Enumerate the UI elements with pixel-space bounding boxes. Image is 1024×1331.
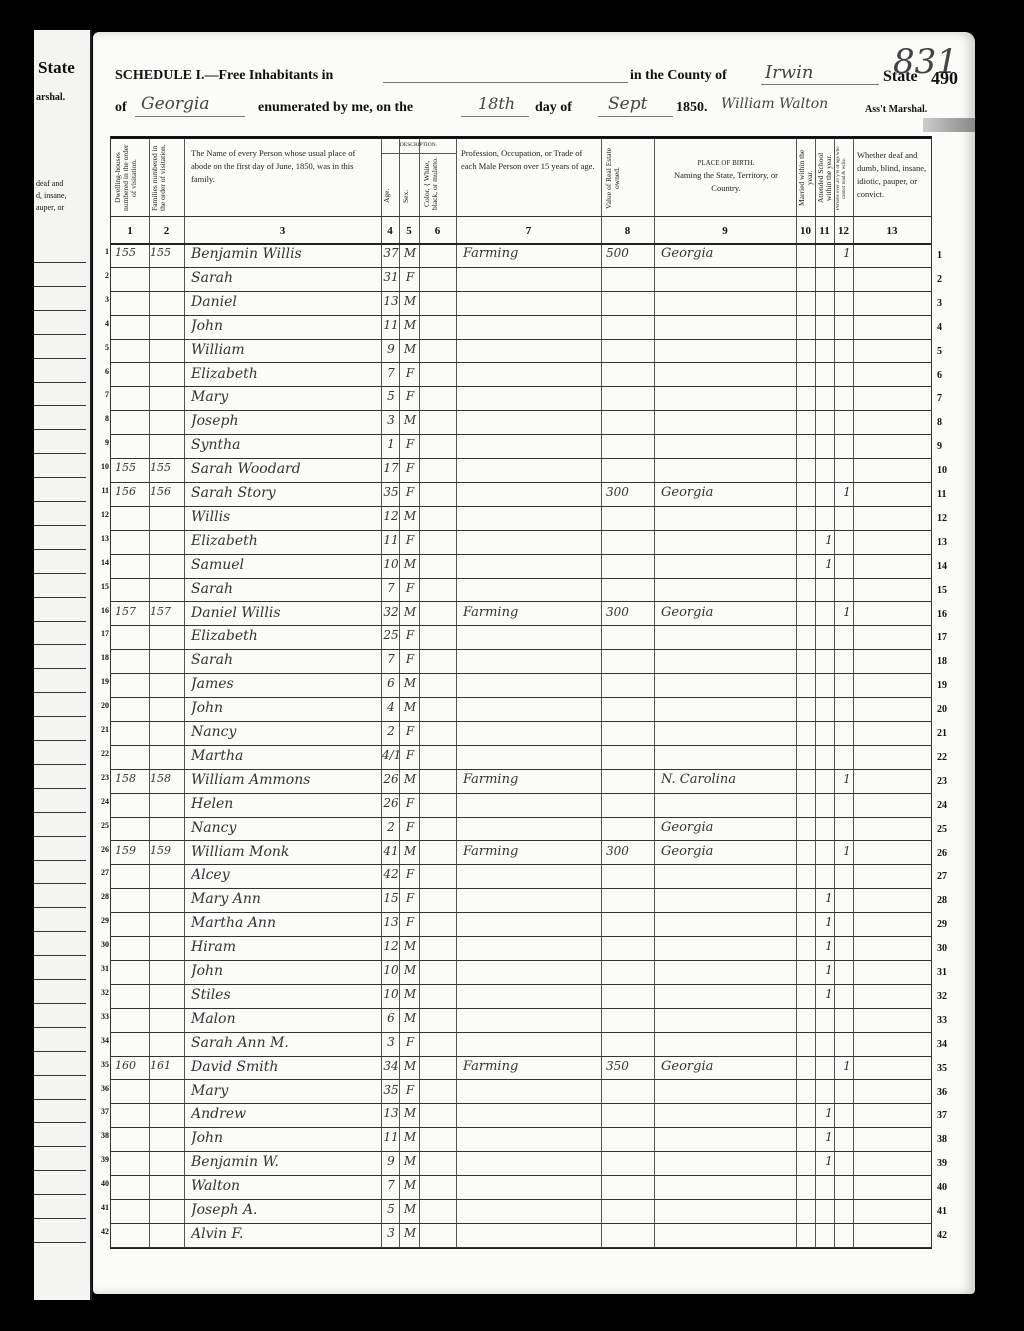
age: 13: [382, 1106, 400, 1120]
sex: F: [401, 915, 419, 929]
prev-page-row-line: [34, 477, 86, 478]
person-name: Sarah: [191, 652, 381, 668]
prev-page-state-fragment: State: [38, 58, 75, 78]
age: 10: [382, 987, 400, 1001]
sex: M: [401, 1130, 419, 1144]
sex: M: [401, 1226, 419, 1240]
sex: F: [401, 581, 419, 595]
person-name: Sarah Woodard: [191, 461, 381, 477]
col-number: 10: [796, 225, 815, 237]
table-row: 3131John10M1: [111, 960, 931, 985]
sex: F: [401, 724, 419, 738]
birthplace: Georgia: [661, 246, 801, 261]
sex: F: [401, 1083, 419, 1097]
person-name: Walton: [191, 1178, 381, 1194]
line-number-right: 16: [937, 609, 961, 620]
line-number-left: 41: [95, 1203, 109, 1212]
table-row: 1212Willis12M: [111, 506, 931, 531]
person-name: John: [191, 963, 381, 979]
prev-page-row-line: [34, 644, 86, 645]
col-number: 12: [834, 225, 853, 237]
prev-page-row-line: [34, 716, 86, 717]
table-row: 4242Alvin F.3M: [111, 1223, 931, 1248]
age: 3: [382, 413, 400, 427]
person-name: Alvin F.: [191, 1226, 381, 1242]
day-value: 18th: [478, 94, 515, 113]
sex: M: [401, 987, 419, 1001]
county-value: Irwin: [765, 62, 813, 83]
sex: M: [401, 318, 419, 332]
table-row: 4141Joseph A.5M: [111, 1199, 931, 1224]
table-row: 1515Sarah7F: [111, 578, 931, 603]
person-name: Martha: [191, 748, 381, 764]
scan-shading: [923, 118, 975, 132]
table-row: 2323158158William Ammons26MFarmingN. Car…: [111, 769, 931, 794]
line-number-right: 13: [937, 537, 961, 548]
col9-heading-subtitle: Naming the State, Territory, or Country.: [659, 169, 793, 195]
line-number-left: 2: [95, 271, 109, 280]
age: 13: [382, 294, 400, 308]
line-number-left: 29: [95, 916, 109, 925]
col5-heading: Sex.: [402, 179, 416, 213]
line-number-right: 25: [937, 824, 961, 835]
prev-page-row-line: [34, 788, 86, 789]
col-number: 5: [399, 225, 419, 237]
col-number: 8: [601, 225, 654, 237]
table-row: 3232Stiles10M1: [111, 984, 931, 1009]
prev-page-row-line: [34, 668, 86, 669]
line-number-left: 10: [95, 462, 109, 471]
table-row: 3838John11M1: [111, 1127, 931, 1152]
attended-school: 1: [821, 533, 837, 547]
age: 12: [382, 939, 400, 953]
table-row: 2424Helen26F: [111, 793, 931, 818]
line-number-right: 22: [937, 752, 961, 763]
sex: M: [401, 1202, 419, 1216]
prev-page-row-line: [34, 262, 86, 263]
prev-page-row-line: [34, 1075, 86, 1076]
occupation: Farming: [463, 844, 603, 859]
person-name: Elizabeth: [191, 628, 381, 644]
person-name: Sarah Ann M.: [191, 1035, 381, 1051]
age: 2: [382, 820, 400, 834]
col3-heading: The Name of every Person whose usual pla…: [191, 147, 377, 186]
person-name: Nancy: [191, 724, 381, 740]
cannot-read-write: 1: [839, 605, 855, 619]
age: 6: [382, 1011, 400, 1025]
real-estate-value: 500: [606, 246, 656, 260]
col-number: 11: [815, 225, 834, 237]
col-number: 1: [111, 225, 149, 237]
prev-page-row-line: [34, 597, 86, 598]
line-number-right: 18: [937, 656, 961, 667]
line-number-left: 6: [95, 367, 109, 376]
age: 5: [382, 1202, 400, 1216]
table-row: 2626159159William Monk41MFarming300Georg…: [111, 841, 931, 866]
sex: M: [401, 963, 419, 977]
inhabitants-in-field: [383, 82, 628, 83]
schedule-title: SCHEDULE I.—Free Inhabitants in: [115, 68, 333, 84]
age: 34: [382, 1059, 400, 1073]
table-row: 2020John4M: [111, 697, 931, 722]
col-number: 3: [184, 225, 381, 237]
month-value: Sept: [608, 94, 647, 114]
sex: F: [401, 796, 419, 810]
col12-heading: Persons over 20 y'rs of age who cannot r…: [836, 143, 852, 213]
age: 10: [382, 557, 400, 571]
line-number-left: 36: [95, 1084, 109, 1093]
line-number-right: 7: [937, 393, 961, 404]
person-name: Mary Ann: [191, 891, 381, 907]
age: 1: [382, 437, 400, 451]
sex: M: [401, 844, 419, 858]
occupation: Farming: [463, 1059, 603, 1074]
family-number: 156: [150, 485, 182, 498]
occupation: Farming: [463, 605, 603, 620]
month-underline: [598, 116, 673, 117]
of-label: of: [115, 100, 127, 116]
family-number: 155: [150, 461, 182, 474]
age: 37: [382, 246, 400, 260]
table-row: 99Syntha1F: [111, 434, 931, 459]
line-number-right: 4: [937, 322, 961, 333]
prev-page-row-line: [34, 549, 86, 550]
age: 2: [382, 724, 400, 738]
description-divider: [381, 153, 456, 154]
sex: M: [401, 294, 419, 308]
dwelling-number: 160: [115, 1059, 147, 1072]
county-underline: [761, 84, 879, 85]
prev-page-row-line: [34, 836, 86, 837]
family-number: 159: [150, 844, 182, 857]
age: 31: [382, 270, 400, 284]
table-row: 3636Mary35F: [111, 1080, 931, 1105]
state-value: Georgia: [141, 94, 209, 114]
prev-page-row-line: [34, 382, 86, 383]
line-number-left: 7: [95, 390, 109, 399]
person-name: Samuel: [191, 557, 381, 573]
line-number-left: 28: [95, 892, 109, 901]
line-number-right: 33: [937, 1015, 961, 1026]
col-number: 7: [456, 225, 601, 237]
person-name: William: [191, 342, 381, 358]
col8-heading: Value of Real Estate owned.: [605, 143, 651, 213]
line-number-left: 22: [95, 749, 109, 758]
marshal-label: Ass't Marshal.: [865, 104, 927, 115]
age: 11: [382, 533, 400, 547]
line-number-right: 29: [937, 919, 961, 930]
prev-page-row-line: [34, 453, 86, 454]
age: 7: [382, 366, 400, 380]
line-number-right: 11: [937, 489, 961, 500]
birthplace: Georgia: [661, 605, 801, 620]
person-name: Elizabeth: [191, 366, 381, 382]
prev-page-row-line: [34, 1122, 86, 1123]
age: 42: [382, 867, 400, 881]
person-name: Andrew: [191, 1106, 381, 1122]
sex: F: [401, 1035, 419, 1049]
birthplace: Georgia: [661, 820, 801, 835]
line-number-right: 15: [937, 585, 961, 596]
table-row: 1414Samuel10M1: [111, 554, 931, 579]
age: 7: [382, 1178, 400, 1192]
table-row: 2727Alcey42F: [111, 864, 931, 889]
prev-page-row-line: [34, 979, 86, 980]
sex: M: [401, 1059, 419, 1073]
prev-page-row-line: [34, 1218, 86, 1219]
prev-page-row-line: [34, 1170, 86, 1171]
person-name: Mary: [191, 1083, 381, 1099]
person-name: James: [191, 676, 381, 692]
attended-school: 1: [821, 891, 837, 905]
dwelling-number: 157: [115, 605, 147, 618]
header-divider: [111, 216, 931, 217]
col-number: 4: [381, 225, 399, 237]
table-row: 2828Mary Ann15F1: [111, 888, 931, 913]
dwelling-number: 158: [115, 772, 147, 785]
table-row: 1717Elizabeth25F: [111, 625, 931, 650]
table-row: 77Mary5F: [111, 386, 931, 411]
sex: F: [401, 461, 419, 475]
line-number-right: 26: [937, 848, 961, 859]
line-number-left: 32: [95, 988, 109, 997]
sex: F: [401, 652, 419, 666]
age: 5: [382, 389, 400, 403]
col1-heading: Dwelling-houses numbered in the order of…: [114, 143, 146, 213]
sex: F: [401, 437, 419, 451]
table-row: 1818Sarah7F: [111, 649, 931, 674]
prev-page-row-line: [34, 1194, 86, 1195]
line-number-left: 5: [95, 343, 109, 352]
line-number-right: 34: [937, 1039, 961, 1050]
age: 10: [382, 963, 400, 977]
previous-page-edge: State arshal. deaf and d, insane, auper,…: [34, 30, 92, 1300]
line-number-left: 21: [95, 725, 109, 734]
day-underline: [461, 116, 529, 117]
year-label: 1850.: [676, 100, 708, 116]
line-number-right: 31: [937, 967, 961, 978]
sex: M: [401, 413, 419, 427]
person-name: Daniel Willis: [191, 605, 381, 621]
line-number-left: 16: [95, 606, 109, 615]
table-row: 44John11M: [111, 315, 931, 340]
sex: F: [401, 533, 419, 547]
sex: F: [401, 270, 419, 284]
dwelling-number: 155: [115, 461, 147, 474]
age: 7: [382, 652, 400, 666]
line-number-left: 39: [95, 1155, 109, 1164]
cannot-read-write: 1: [839, 1059, 855, 1073]
cannot-read-write: 1: [839, 485, 855, 499]
line-number-right: 19: [937, 680, 961, 691]
person-name: Nancy: [191, 820, 381, 836]
person-name: Benjamin W.: [191, 1154, 381, 1170]
census-table: Dwelling-houses numbered in the order of…: [110, 136, 932, 1249]
sex: M: [401, 772, 419, 786]
line-number-left: 13: [95, 534, 109, 543]
prev-page-row-line: [34, 1146, 86, 1147]
table-row: 22Sarah31F: [111, 267, 931, 292]
line-number-right: 21: [937, 728, 961, 739]
table-row: 2929Martha Ann13F1: [111, 912, 931, 937]
prev-page-row-line: [34, 883, 86, 884]
col13-heading: Whether deaf and dumb, blind, insane, id…: [857, 149, 929, 201]
cannot-read-write: 1: [839, 246, 855, 260]
person-name: Hiram: [191, 939, 381, 955]
sex: F: [401, 628, 419, 642]
line-number-left: 38: [95, 1131, 109, 1140]
age: 15: [382, 891, 400, 905]
col10-heading: Married within the year.: [798, 143, 814, 213]
prev-page-row-line: [34, 621, 86, 622]
prev-page-row-line: [34, 405, 86, 406]
person-name: Sarah: [191, 581, 381, 597]
col7-heading: Profession, Occupation, or Trade of each…: [461, 147, 597, 173]
prev-page-row-line: [34, 334, 86, 335]
table-row: 3535160161David Smith34MFarming350Georgi…: [111, 1056, 931, 1081]
table-row: 3333Malon6M: [111, 1008, 931, 1033]
sex: M: [401, 1178, 419, 1192]
line-number-right: 35: [937, 1063, 961, 1074]
line-number-left: 3: [95, 295, 109, 304]
age: 9: [382, 342, 400, 356]
table-row: 1313Elizabeth11F1: [111, 530, 931, 555]
day-of-label: day of: [535, 100, 572, 116]
cannot-read-write: 1: [839, 772, 855, 786]
sex: F: [401, 485, 419, 499]
real-estate-value: 300: [606, 844, 656, 858]
county-label: in the County of: [630, 68, 727, 84]
dwelling-number: 155: [115, 246, 147, 259]
prev-page-row-line: [34, 812, 86, 813]
table-row: 2121Nancy2F: [111, 721, 931, 746]
prev-page-row-line: [34, 1051, 86, 1052]
table-row: 4040Walton7M: [111, 1175, 931, 1200]
prev-page-row-line: [34, 1242, 86, 1243]
line-number-right: 1: [937, 250, 961, 261]
line-number-left: 31: [95, 964, 109, 973]
line-number-right: 8: [937, 417, 961, 428]
person-name: Joseph A.: [191, 1202, 381, 1218]
sex: F: [401, 891, 419, 905]
line-number-left: 15: [95, 582, 109, 591]
prev-page-column13-fragment: deaf and d, insane, auper, or: [36, 178, 66, 214]
line-number-left: 11: [95, 486, 109, 495]
line-number-right: 37: [937, 1110, 961, 1121]
state-label: State: [883, 68, 918, 86]
line-number-left: 14: [95, 558, 109, 567]
line-number-left: 19: [95, 677, 109, 686]
line-number-right: 12: [937, 513, 961, 524]
person-name: Sarah: [191, 270, 381, 286]
line-number-left: 23: [95, 773, 109, 782]
occupation: Farming: [463, 772, 603, 787]
line-number-right: 23: [937, 776, 961, 787]
prev-page-row-line: [34, 931, 86, 932]
person-name: Willis: [191, 509, 381, 525]
prev-page-row-line: [34, 907, 86, 908]
age: 6: [382, 676, 400, 690]
line-number-right: 36: [937, 1087, 961, 1098]
sex: M: [401, 342, 419, 356]
page-number: 490: [931, 68, 958, 89]
person-name: Helen: [191, 796, 381, 812]
line-number-right: 32: [937, 991, 961, 1002]
table-row: 3939Benjamin W.9M1: [111, 1151, 931, 1176]
line-number-left: 27: [95, 868, 109, 877]
prev-page-row-line: [34, 1003, 86, 1004]
attended-school: 1: [821, 939, 837, 953]
col4-heading: Age.: [383, 179, 397, 213]
table-row: 1111156156Sarah Story35F300Georgia1: [111, 482, 931, 507]
line-number-right: 14: [937, 561, 961, 572]
person-name: John: [191, 700, 381, 716]
age: 11: [382, 1130, 400, 1144]
birthplace: N. Carolina: [661, 772, 801, 787]
col11-heading: Attended School within the year.: [817, 143, 833, 213]
person-name: John: [191, 318, 381, 334]
sex: F: [401, 867, 419, 881]
line-number-left: 1: [95, 247, 109, 256]
person-name: Martha Ann: [191, 915, 381, 931]
person-name: William Monk: [191, 844, 381, 860]
line-number-left: 37: [95, 1107, 109, 1116]
col-number: 2: [149, 225, 184, 237]
attended-school: 1: [821, 1106, 837, 1120]
table-row: 11155155Benjamin Willis37MFarming500Geor…: [111, 243, 931, 268]
census-page: 831 SCHEDULE I.—Free Inhabitants in in t…: [93, 32, 975, 1294]
line-number-right: 30: [937, 943, 961, 954]
table-row: 1919James6M: [111, 673, 931, 698]
sex: M: [401, 939, 419, 953]
attended-school: 1: [821, 987, 837, 1001]
sex: M: [401, 1106, 419, 1120]
line-number-right: 9: [937, 441, 961, 452]
line-number-left: 20: [95, 701, 109, 710]
line-number-right: 20: [937, 704, 961, 715]
age: 4/12: [382, 748, 400, 762]
person-name: Malon: [191, 1011, 381, 1027]
description-heading: DESCRIPTION.: [381, 140, 456, 150]
birthplace: Georgia: [661, 1059, 801, 1074]
sex: F: [401, 389, 419, 403]
line-number-left: 40: [95, 1179, 109, 1188]
sex: M: [401, 557, 419, 571]
col-number: 13: [853, 225, 931, 237]
line-number-left: 30: [95, 940, 109, 949]
line-number-right: 40: [937, 1182, 961, 1193]
cannot-read-write: 1: [839, 844, 855, 858]
age: 26: [382, 772, 400, 786]
person-name: William Ammons: [191, 772, 381, 788]
attended-school: 1: [821, 557, 837, 571]
line-number-right: 38: [937, 1134, 961, 1145]
line-number-right: 5: [937, 346, 961, 357]
line-number-right: 2: [937, 274, 961, 285]
line-number-left: 8: [95, 414, 109, 423]
table-row: 2525Nancy2FGeorgia: [111, 817, 931, 842]
table-row: 3737Andrew13M1: [111, 1103, 931, 1128]
real-estate-value: 300: [606, 605, 656, 619]
prev-page-row-line: [34, 573, 86, 574]
prev-page-row-line: [34, 525, 86, 526]
col6-heading: Color, { White, black, or mulatto.: [423, 155, 453, 213]
line-number-right: 27: [937, 871, 961, 882]
family-number: 158: [150, 772, 182, 785]
line-number-left: 35: [95, 1060, 109, 1069]
age: 25: [382, 628, 400, 642]
birthplace: Georgia: [661, 485, 801, 500]
